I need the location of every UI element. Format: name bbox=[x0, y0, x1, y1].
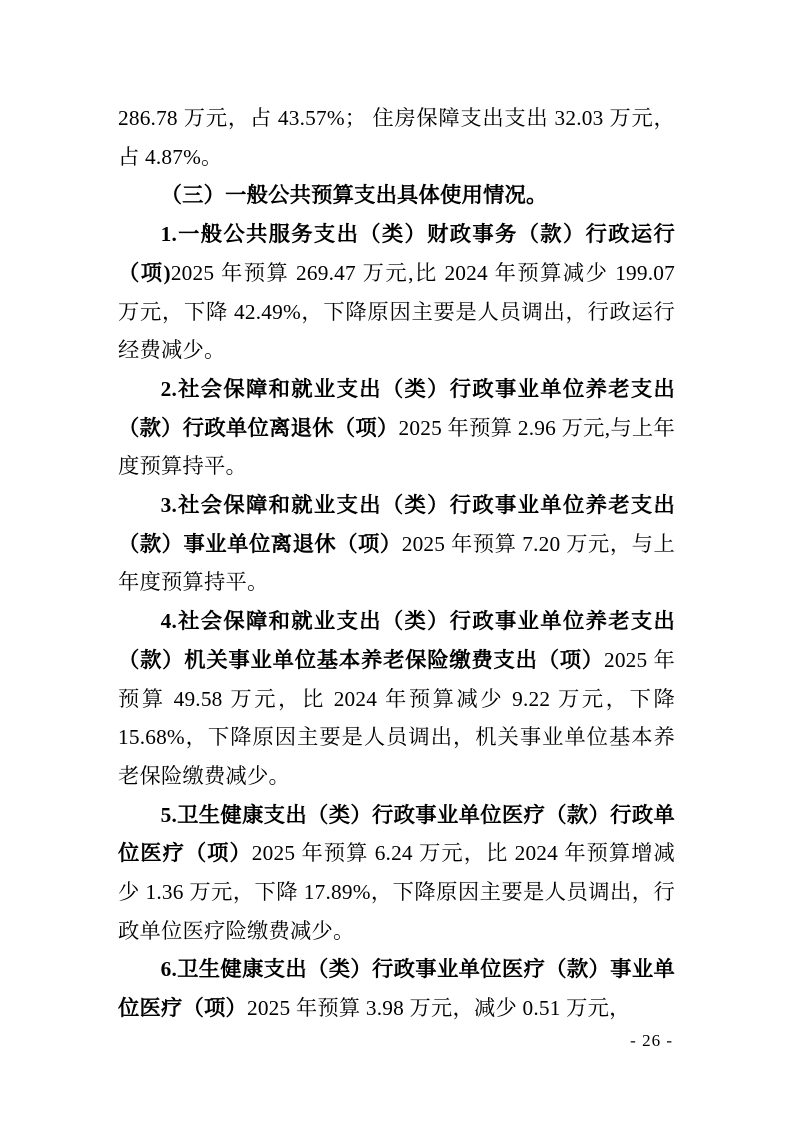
item-2-social-security-admin-retirement: 2.社会保障和就业支出（类）行政事业单位养老支出（款）行政单位离退休（项）202… bbox=[118, 370, 675, 486]
document-body: 286.78 万元，占 43.57%； 住房保障支出支出 32.03 万元，占 … bbox=[118, 99, 675, 1028]
text-run: 286.78 万元，占 43.57%； 住房保障支出支出 32.03 万元，占 … bbox=[118, 106, 675, 169]
text-run: 2025 年预算 3.98 万元，减少 0.51 万元， bbox=[247, 996, 631, 1020]
item-1-general-public-services: 1.一般公共服务支出（类）财政事务（款）行政运行（项)2025 年预算 269.… bbox=[118, 215, 675, 370]
text-run: 2025 年预算 269.47 万元,比 2024 年预算减少 199.07 万… bbox=[118, 261, 675, 362]
para-continuation: 286.78 万元，占 43.57%； 住房保障支出支出 32.03 万元，占 … bbox=[118, 99, 675, 176]
text-run-bold: （三）一般公共预算支出具体使用情况。 bbox=[161, 183, 548, 207]
item-3-social-security-institution-retirement: 3.社会保障和就业支出（类）行政事业单位养老支出（款）事业单位离退休（项）202… bbox=[118, 486, 675, 602]
document-page: 286.78 万元，占 43.57%； 住房保障支出支出 32.03 万元，占 … bbox=[0, 0, 793, 1122]
heading-section-3: （三）一般公共预算支出具体使用情况。 bbox=[118, 176, 675, 215]
text-run-bold: 4.社会保障和就业支出（类）行政事业单位养老支出（款）机关事业单位基本养老保险缴… bbox=[118, 609, 675, 672]
item-4-social-security-basic-pension: 4.社会保障和就业支出（类）行政事业单位养老支出（款）机关事业单位基本养老保险缴… bbox=[118, 602, 675, 796]
item-6-health-institution-medical: 6.卫生健康支出（类）行政事业单位医疗（款）事业单位医疗（项）2025 年预算 … bbox=[118, 950, 675, 1027]
item-5-health-admin-medical: 5.卫生健康支出（类）行政事业单位医疗（款）行政单位医疗（项）2025 年预算 … bbox=[118, 796, 675, 951]
page-number: - 26 - bbox=[630, 1029, 673, 1053]
